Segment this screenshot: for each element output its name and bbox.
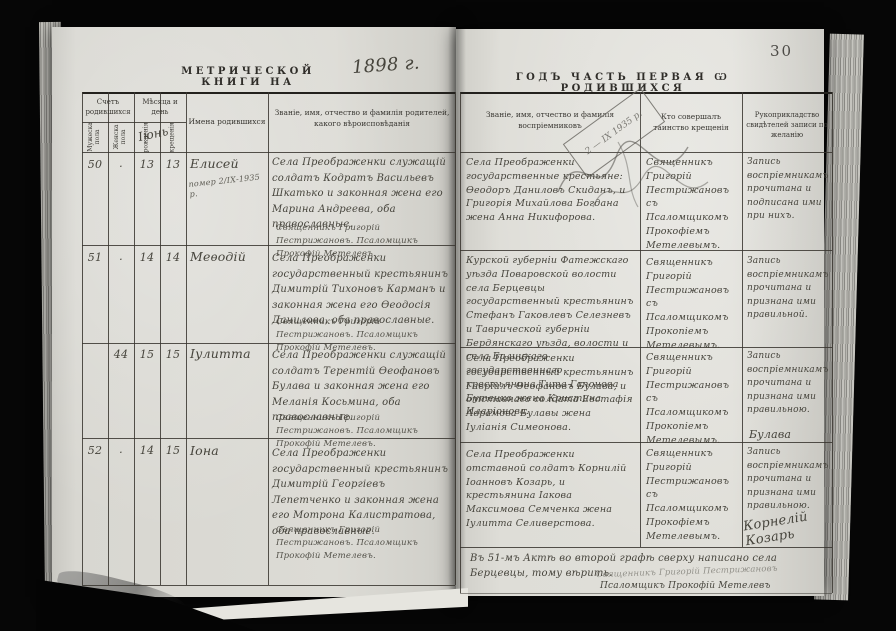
- record-performed: Священникъ Григорій Пестрижановъ съ Псал…: [646, 156, 736, 252]
- record-born-day: 15: [136, 348, 158, 361]
- record-signature: Запись воспріемникамъ прочитана и призна…: [747, 350, 827, 418]
- record-signature: Запись воспріемникамъ прочитана и призна…: [747, 446, 827, 514]
- header-date-group: Мѣсяца и день: [135, 97, 185, 117]
- record-born-day: 13: [136, 158, 158, 171]
- record-clergy: Священникъ Григорій Пестрижановъ. Псалом…: [276, 412, 452, 450]
- record-godparents: Села Преображенки отставной солдатъ Корн…: [466, 448, 634, 531]
- record-parents: Села Преображенки служащій солдатъ Кодра…: [272, 155, 452, 233]
- godparent-signature: Булава: [749, 428, 829, 441]
- header-count-female: Женска пола: [108, 122, 134, 152]
- record-name: Іона: [190, 443, 266, 458]
- record-clergy: Священникъ Григорій Пестрижановъ. Псалом…: [276, 524, 452, 562]
- record-name: Меѳодій: [190, 249, 266, 264]
- record-male-no: 51: [84, 251, 106, 264]
- record-female-no: ·: [110, 446, 132, 459]
- right-page-title: ГОДЪ ЧАСТЬ ПЕРВАЯ Ѡ РОДИВШИХСЯ: [488, 72, 758, 94]
- record-born-day: 14: [136, 251, 158, 264]
- metrical-book-scan: МЕТРИЧЕСКОЙ КНИГИ НА 1898 г. Счетъ родив…: [0, 0, 896, 631]
- record-performed: Священникъ Григорій Пестрижановъ съ Псал…: [646, 447, 736, 543]
- record-male-no: 50: [84, 158, 106, 171]
- record-female-no: ·: [110, 160, 132, 173]
- left-page-title: МЕТРИЧЕСКОЙ КНИГИ НА: [148, 66, 348, 88]
- header-signatures: Рукоприкладство свидѣтелей записи по жел…: [745, 110, 829, 140]
- record-male-no: 52: [84, 444, 106, 457]
- record-name: Іулитта: [190, 346, 266, 361]
- header-names: Имена родившихся: [188, 117, 266, 128]
- record-born-day: 14: [136, 444, 158, 457]
- record-baptized-day: 15: [162, 348, 184, 361]
- header-parents: Званіе, имя, отчество и фамилія родителе…: [272, 108, 452, 130]
- record-signature: Запись воспріемникамъ прочитана и призна…: [747, 255, 827, 323]
- record-signature: Запись воспріемникамъ прочитана и подпис…: [747, 156, 827, 224]
- record-female-no: ·: [110, 253, 132, 266]
- record-godparents: Села Преображенки государственные кресть…: [466, 156, 634, 225]
- record-name: Елисей: [190, 156, 266, 171]
- record-baptized-day: 15: [162, 444, 184, 457]
- record-godparents: Села Преображенки государственный кресть…: [466, 352, 634, 435]
- page-number: 30: [770, 42, 793, 60]
- record-performed: Священникъ Григорій Пестрижановъ съ Псал…: [646, 351, 736, 447]
- record-performed: Священникъ Григорій Пестрижановъ съ Псал…: [646, 256, 736, 352]
- record-baptized-day: 13: [162, 158, 184, 171]
- psalmist-signature: Псаломщикъ Прокофій Метелевъ: [600, 581, 840, 591]
- record-female-no: 44: [110, 348, 132, 361]
- header-count-male: Мужеска пола: [82, 122, 108, 152]
- record-baptized-day: 14: [162, 251, 184, 264]
- header-count-group: Счетъ родившихся: [83, 97, 133, 117]
